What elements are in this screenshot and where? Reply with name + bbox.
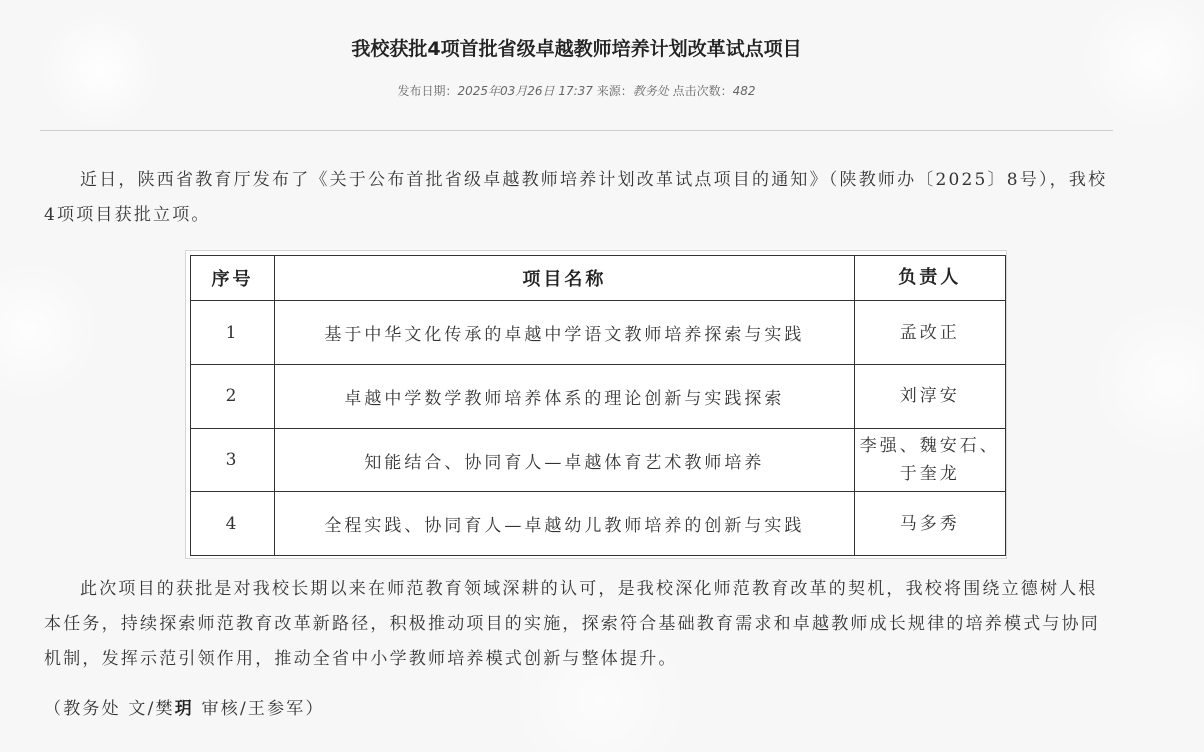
cell-name: 知能结合、协同育人—卓越体育艺术教师培养: [275, 428, 854, 492]
summary-paragraph: 此次项目的获批是对我校长期以来在师范教育领域深耕的认可，是我校深化师范教育改革的…: [44, 572, 1116, 677]
table-row: 1 基于中华文化传承的卓越中学语文教师培养探索与实践 孟改正: [191, 301, 1006, 365]
table-header-row: 序号 项目名称 负责人: [191, 256, 1006, 301]
credit-suffix: 审核/王参军）: [194, 699, 325, 719]
cell-no: 2: [191, 365, 275, 429]
cell-name: 全程实践、协同育人—卓越幼儿教师培养的创新与实践: [275, 492, 854, 556]
cell-lead: 马多秀: [854, 492, 1005, 556]
cell-no: 4: [191, 492, 275, 556]
publish-date-label: 发布日期：: [397, 84, 457, 98]
cell-lead: 孟改正: [854, 301, 1005, 365]
projects-table: 序号 项目名称 负责人 1 基于中华文化传承的卓越中学语文教师培养探索与实践 孟…: [190, 255, 1006, 556]
article-meta: 发布日期：2025年03月26日 17:37 来源：教务处 点击次数：482: [0, 82, 1153, 99]
credit-line: （教务处 文/樊玥 审核/王参军）: [44, 692, 1116, 727]
clicks-value: 482: [733, 84, 756, 98]
header-no: 序号: [191, 256, 275, 301]
table-row: 2 卓越中学数学教师培养体系的理论创新与实践探索 刘淳安: [191, 365, 1006, 429]
cell-no: 1: [191, 301, 275, 365]
header-lead: 负责人: [854, 256, 1005, 301]
credit-bold-char: 玥: [175, 699, 194, 719]
intro-paragraph: 近日，陕西省教育厅发布了《关于公布首批省级卓越教师培养计划改革试点项目的通知》（…: [44, 163, 1116, 233]
publish-date-value: 2025年03月26日 17:37: [457, 84, 592, 98]
credit-prefix: （教务处 文/樊: [44, 699, 175, 719]
table-row: 4 全程实践、协同育人—卓越幼儿教师培养的创新与实践 马多秀: [191, 492, 1006, 556]
cell-no: 3: [191, 428, 275, 492]
header-name: 项目名称: [275, 256, 854, 301]
source-value: 教务处: [633, 84, 669, 98]
cell-name: 卓越中学数学教师培养体系的理论创新与实践探索: [275, 365, 854, 429]
title-divider: [40, 130, 1113, 131]
cell-name: 基于中华文化传承的卓越中学语文教师培养探索与实践: [275, 301, 854, 365]
table-row: 3 知能结合、协同育人—卓越体育艺术教师培养 李强、魏安石、于奎龙: [191, 428, 1006, 492]
cell-lead: 刘淳安: [854, 365, 1005, 429]
clicks-label: 点击次数：: [673, 84, 733, 98]
article-title: 我校获批4项首批省级卓越教师培养计划改革试点项目: [0, 34, 1153, 61]
cell-lead: 李强、魏安石、于奎龙: [854, 428, 1005, 492]
source-label: 来源：: [597, 84, 633, 98]
